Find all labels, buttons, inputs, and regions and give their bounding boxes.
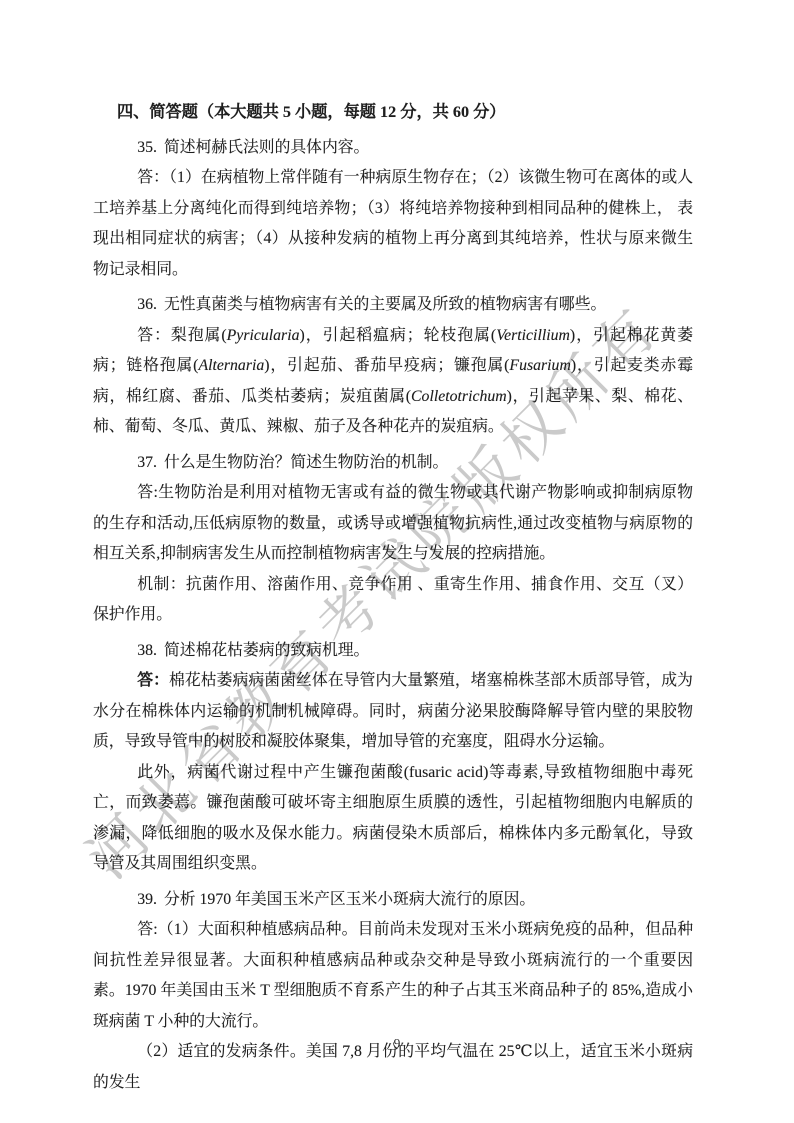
answer-38: 答：棉花枯萎病病菌菌丝体在导管内大量繁殖，堵塞棉株茎部木质部导管，成为水分在棉株…	[93, 666, 693, 758]
answer-38-label: 答：	[137, 672, 169, 689]
question-38: 38.简述棉花枯萎病的致病机理。	[93, 636, 693, 667]
answer-36-text: )，引起茄、番茄早疫病；镰孢属(	[264, 357, 509, 374]
answer-37-mechanism: 机制：抗菌作用、溶菌作用、竞争作用 、重寄生作用、捕食作用、交互（叉）保护作用。	[93, 570, 693, 631]
document-body: 四、简答题（本大题共 5 小题，每题 12 分，共 60 分） 35.简述柯赫氏…	[93, 97, 693, 1098]
genus-name-verticillium: Verticillium	[496, 327, 570, 344]
answer-39: 答:（1）大面积种植感病品种。目前尚未发现对玉米小斑病免疫的品种，但品种间抗性差…	[93, 915, 693, 1037]
answer-36: 答：梨孢属(Pyricularia)，引起稻瘟病；轮枝孢属(Verticilli…	[93, 321, 693, 443]
question-38-stem: 简述棉花枯萎病的致病机理。	[164, 642, 369, 659]
answer-36-text: )，引起稻瘟病；轮枝孢属(	[300, 327, 497, 344]
page-number: 9	[0, 1036, 794, 1052]
question-39: 39.分析 1970 年美国玉米产区玉米小斑病大流行的原因。	[93, 885, 693, 916]
question-37-stem: 什么是生物防治？简述生物防治的机制。	[164, 454, 448, 471]
question-38-number: 38.	[137, 642, 157, 659]
answer-35: 答：（1）在病植物上常伴随有一种病原生物存在；（2）该微生物可在离体的或人工培养…	[93, 163, 693, 285]
answer-36-text: 答：梨孢属(	[137, 327, 226, 344]
question-37-number: 37.	[137, 454, 157, 471]
answer-37: 答:生物防治是利用对植物无害或有益的微生物或其代谢产物影响或抑制病原物的生存和活…	[93, 478, 693, 570]
question-36: 36.无性真菌类与植物病害有关的主要属及所致的植物病害有哪些。	[93, 290, 693, 321]
question-36-stem: 无性真菌类与植物病害有关的主要属及所致的植物病害有哪些。	[164, 296, 606, 313]
section-heading: 四、简答题（本大题共 5 小题，每题 12 分，共 60 分）	[93, 97, 693, 128]
answer-38-continued: 此外，病菌代谢过程中产生镰孢菌酸(fusaric acid)等毒素,导致植物细胞…	[93, 758, 693, 880]
question-39-stem: 分析 1970 年美国玉米产区玉米小斑病大流行的原因。	[164, 891, 535, 908]
question-35-stem: 简述柯赫氏法则的具体内容。	[164, 139, 369, 156]
answer-38-text: 棉花枯萎病病菌菌丝体在导管内大量繁殖，堵塞棉株茎部木质部导管，成为水分在棉株体内…	[93, 672, 693, 750]
genus-name-pyricularia: Pyricularia	[227, 327, 300, 344]
question-35-number: 35.	[137, 139, 157, 156]
question-39-number: 39.	[137, 891, 157, 908]
genus-name-colletotrichum: Colletotrichum	[411, 388, 507, 405]
genus-name-alternaria: Alternaria	[198, 357, 264, 374]
question-35: 35.简述柯赫氏法则的具体内容。	[93, 133, 693, 164]
document-page: 河北省教育考试院版权所有 四、简答题（本大题共 5 小题，每题 12 分，共 6…	[0, 0, 794, 1123]
question-37: 37.什么是生物防治？简述生物防治的机制。	[93, 448, 693, 479]
genus-name-fusarium: Fusarium	[509, 357, 570, 374]
question-36-number: 36.	[137, 296, 157, 313]
